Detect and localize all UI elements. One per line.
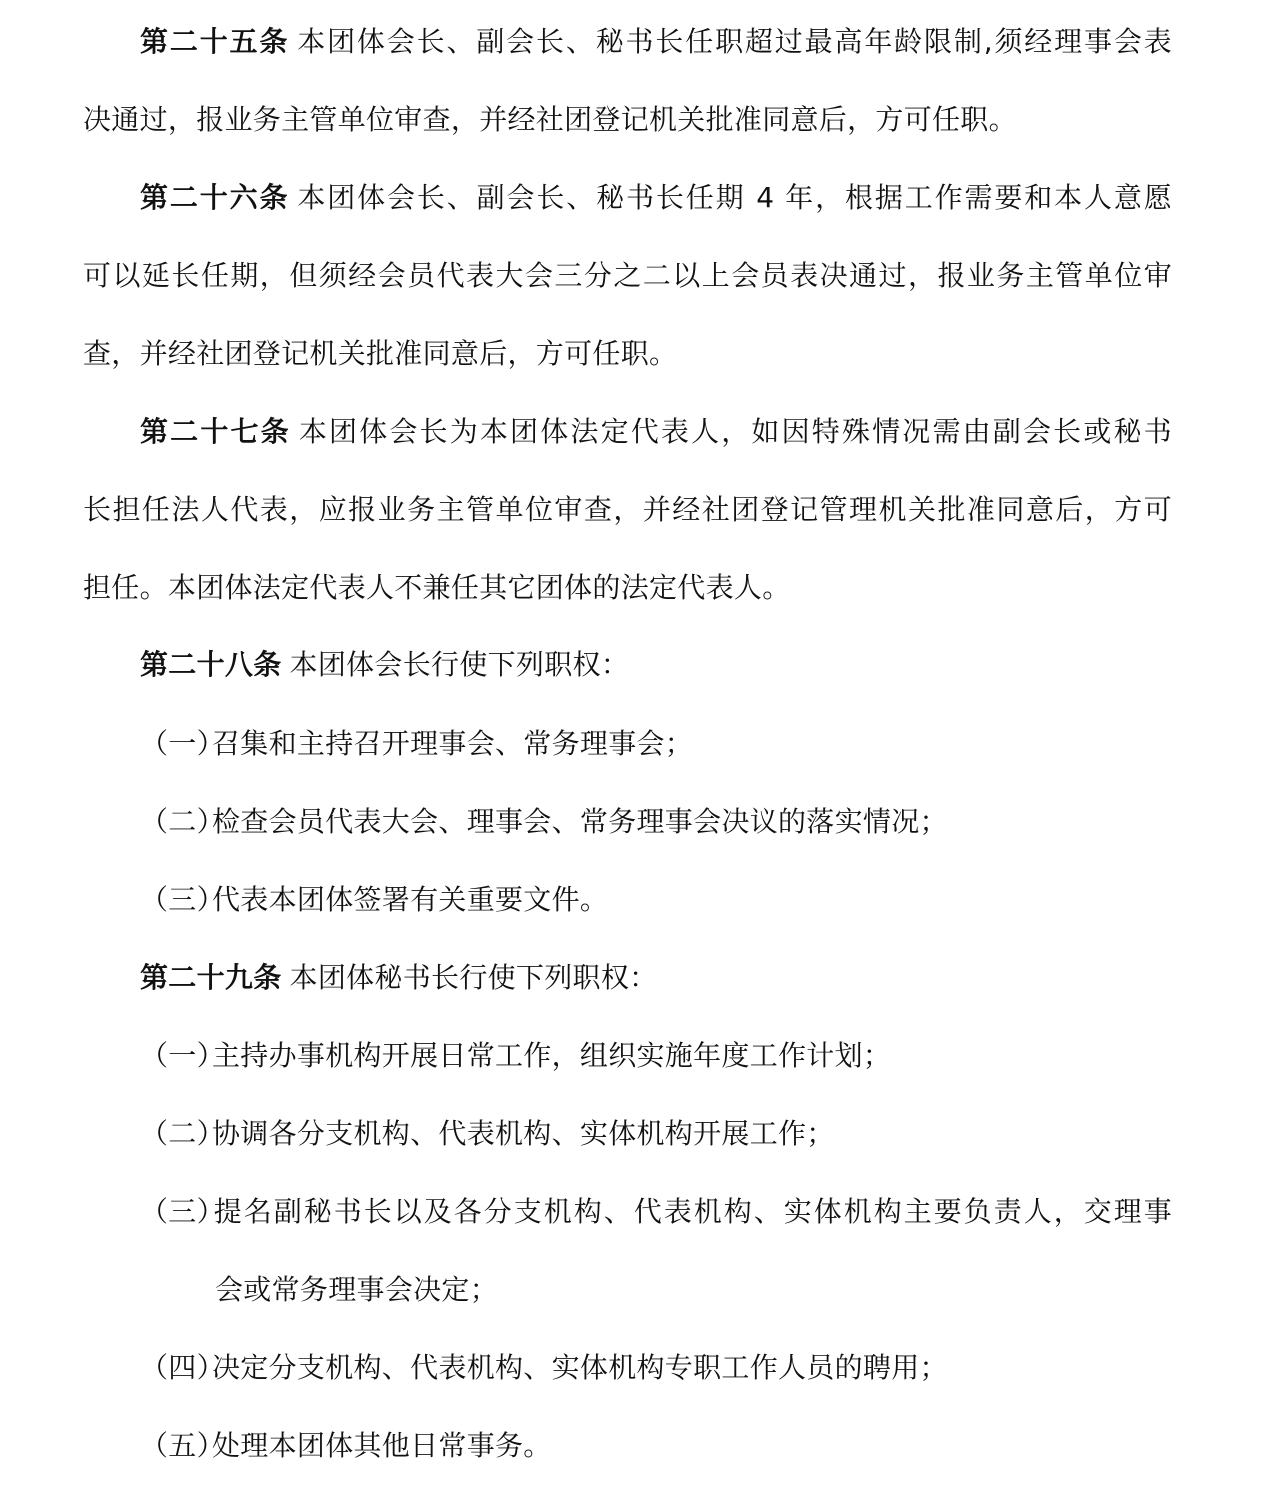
list-item: （四）决定分支机构、代表机构、实体机构专职工作人员的聘用； [140,1348,948,1388]
list-item-text: 主持办事机构开展日常工作，组织实施年度工作计划； [212,1039,891,1072]
list-item-text: 协调各分支机构、代表机构、实体机构开展工作； [212,1117,835,1150]
list-item: （一）召集和主持召开理事会、常务理事会； [140,724,693,764]
article-text: 本团体秘书长行使下列职权： [290,961,658,994]
list-item: （三）代表本团体签署有关重要文件。 [140,880,608,920]
article-text: 本团体会长为本团体法定代表人，如因特殊情况需由副会长或秘书 [299,415,1172,448]
list-item: （二）协调各分支机构、代表机构、实体机构开展工作； [140,1114,835,1154]
article-number: 第二十六条 [140,181,289,214]
list-item-label: （一） [140,724,212,764]
list-item: （五）处理本团体其他日常事务。 [140,1426,552,1466]
list-item: （三）提名副秘书长以及各分支机构、代表机构、实体机构主要负责人，交理事 [140,1192,1172,1232]
list-item-text: 处理本团体其他日常事务。 [212,1429,552,1462]
document-page: 第二十五条本团体会长、副会长、秘书长任职超过最高年龄限制,须经理事会表 决通过，… [0,0,1262,1500]
list-item-label: （二） [140,1114,212,1154]
list-item-label: （四） [140,1348,212,1388]
article-27-line-1: 第二十七条本团体会长为本团体法定代表人，如因特殊情况需由副会长或秘书 [140,412,1172,452]
article-number: 第二十八条 [140,648,282,681]
list-item-continuation: 会或常务理事会决定； [215,1270,498,1310]
article-text: 本团体会长行使下列职权： [290,648,630,681]
article-25-line-1: 第二十五条本团体会长、副会长、秘书长任职超过最高年龄限制,须经理事会表 [140,22,1172,62]
article-27-line-3: 担任。本团体法定代表人不兼任其它团体的法定代表人。 [83,568,791,608]
list-item-label: （三） [140,880,212,920]
list-item-label: （五） [140,1426,212,1466]
list-item-text: 提名副秘书长以及各分支机构、代表机构、实体机构主要负责人，交理事 [212,1195,1172,1228]
article-number: 第二十五条 [140,25,289,58]
article-26-line-3: 查，并经社团登记机关批准同意后，方可任职。 [83,334,677,374]
list-item-label: （二） [140,802,212,842]
article-27-line-2: 长担任法人代表，应报业务主管单位审查，并经社团登记管理机关批准同意后，方可 [83,490,1172,530]
article-29-line-1: 第二十九条本团体秘书长行使下列职权： [140,958,657,998]
list-item-text: 决定分支机构、代表机构、实体机构专职工作人员的聘用； [212,1351,948,1384]
list-item: （一）主持办事机构开展日常工作，组织实施年度工作计划； [140,1036,891,1076]
article-26-line-1: 第二十六条本团体会长、副会长、秘书长任期 4 年，根据工作需要和本人意愿 [140,178,1172,218]
article-28-line-1: 第二十八条本团体会长行使下列职权： [140,645,629,685]
article-25-line-2: 决通过，报业务主管单位审查，并经社团登记机关批准同意后，方可任职。 [83,100,1017,140]
list-item-label: （一） [140,1036,212,1076]
article-26-line-2: 可以延长任期，但须经会员代表大会三分之二以上会员表决通过，报业务主管单位审 [83,256,1172,296]
article-number: 第二十七条 [140,415,291,448]
list-item-text: 检查会员代表大会、理事会、常务理事会决议的落实情况； [212,805,948,838]
list-item-text: 召集和主持召开理事会、常务理事会； [212,727,693,760]
list-item-label: （三） [140,1192,212,1232]
article-text: 本团体会长、副会长、秘书长任期 4 年，根据工作需要和本人意愿 [297,181,1172,214]
article-text: 本团体会长、副会长、秘书长任职超过最高年龄限制,须经理事会表 [297,25,1172,58]
article-number: 第二十九条 [140,961,282,994]
list-item-text: 代表本团体签署有关重要文件。 [212,883,608,916]
list-item: （二）检查会员代表大会、理事会、常务理事会决议的落实情况； [140,802,948,842]
